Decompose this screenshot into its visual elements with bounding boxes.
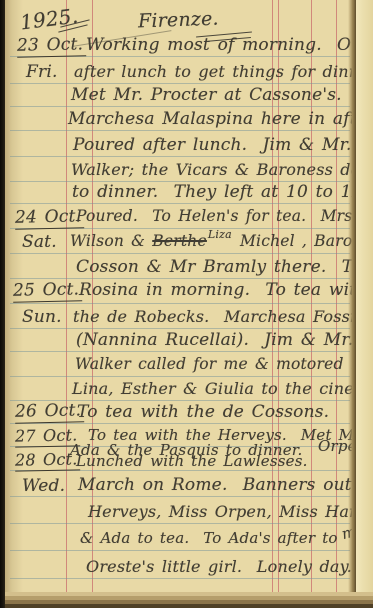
ruled-line bbox=[10, 130, 350, 131]
ruled-line bbox=[10, 83, 350, 84]
diary-line: Met Mr. Procter at Cassone's. bbox=[71, 86, 342, 105]
bottom-page-edges bbox=[0, 592, 373, 608]
writing-layer: 1925. Firenze. 23 Oct.Fri.24 Oct.Sat.25 … bbox=[0, 0, 373, 592]
diary-line: To tea with the de Cossons. bbox=[77, 403, 329, 422]
entry-date: 25 Oct. bbox=[13, 280, 83, 302]
strike-text: Berthe bbox=[152, 232, 207, 250]
ruled-line bbox=[10, 156, 350, 157]
ruled-line bbox=[10, 376, 350, 377]
entry-date: 26 Oct. bbox=[15, 401, 85, 423]
diary-line: Poured. To Helen's for tea. Mrs Olive bbox=[76, 208, 373, 225]
ruled-line bbox=[10, 578, 350, 579]
ruled-line bbox=[10, 423, 350, 424]
diary-line: the de Robecks. Marchesa Fossi there bbox=[73, 308, 373, 326]
diary-line: Walker called for me & motored me home. bbox=[75, 356, 373, 373]
diary-line: Wilson & BertheLiza Michel , Baroness de bbox=[70, 233, 373, 250]
ruled-line bbox=[10, 253, 350, 254]
ruled-line bbox=[10, 106, 350, 107]
diary-line: Rosina in morning. To tea with bbox=[79, 281, 367, 300]
ins-text: Liza bbox=[208, 228, 232, 241]
diary-line: to dinner. They left at 10 to 12. bbox=[72, 183, 368, 202]
diary-line: Lunched with the Lawlesses. bbox=[76, 453, 308, 470]
ruled-line bbox=[10, 328, 350, 329]
entry-day: Wed. bbox=[22, 477, 65, 496]
diary-line: Poured after lunch. Jim & Mr. bbox=[73, 136, 352, 155]
entry-day: Fri. bbox=[26, 63, 58, 82]
ruled-line bbox=[10, 203, 350, 204]
diary-page-scan: 1925. Firenze. 23 Oct.Fri.24 Oct.Sat.25 … bbox=[0, 0, 373, 608]
diary-line: Marchesa Malaspina here in aft. bbox=[68, 110, 362, 129]
entry-day: Sat. bbox=[22, 233, 57, 252]
next-page-edge bbox=[356, 0, 373, 596]
diary-line: Walker; the Vicars & Baroness de K. bbox=[71, 161, 373, 179]
diary-line: (Nannina Rucellai). Jim & Mr. bbox=[76, 331, 353, 350]
diary-line: Herveys, Miss Orpen, Miss Harrison bbox=[88, 503, 373, 521]
ruled-line bbox=[10, 496, 350, 497]
diary-text: Walker called for me & motored me bbox=[75, 355, 373, 373]
ruled-line bbox=[10, 351, 350, 352]
page-title: Firenze. bbox=[138, 9, 219, 33]
diary-text: Wilson & bbox=[70, 232, 152, 250]
entry-date: 24 Oct. bbox=[15, 207, 85, 229]
diary-line: Lina, Esther & Giulia to the cinema. bbox=[72, 380, 373, 398]
diary-line: Working most of morning. Out bbox=[86, 36, 369, 55]
diary-line: Cosson & Mr Bramly there. Tosca. bbox=[76, 258, 373, 277]
diary-line: March on Rome. Banners out. The bbox=[78, 476, 373, 495]
diary-line: Oreste's little girl. Lonely day. bbox=[86, 558, 352, 576]
ruled-line bbox=[10, 523, 350, 524]
entry-date: 23 Oct. bbox=[17, 35, 87, 57]
ruled-line bbox=[10, 550, 350, 551]
diary-text: & Ada to tea. To Ada's after to bbox=[80, 529, 345, 547]
page-gutter-shadow bbox=[348, 0, 356, 592]
book-binding bbox=[0, 0, 5, 608]
diary-line: after lunch to get things for dinner. bbox=[74, 63, 373, 81]
entry-day: Sun. bbox=[22, 308, 62, 327]
diary-line: & Ada to tea. To Ada's after to measure bbox=[80, 530, 373, 547]
ruled-line bbox=[10, 303, 350, 304]
